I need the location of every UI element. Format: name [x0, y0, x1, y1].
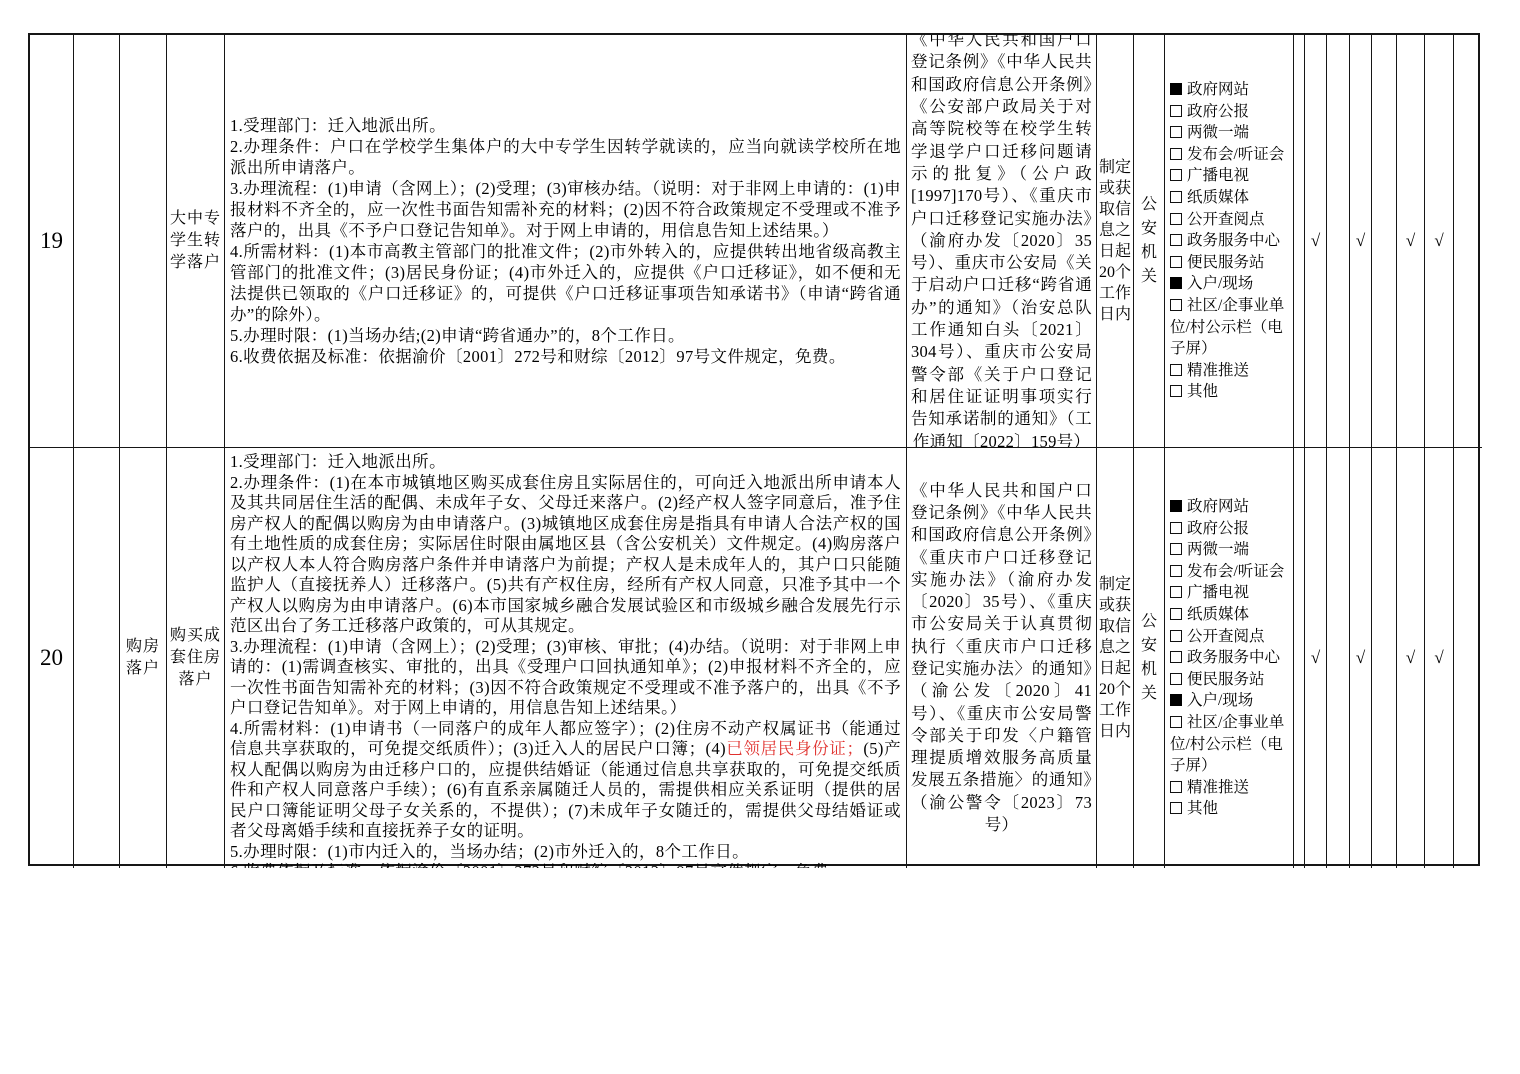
channel-item: 精准推送	[1170, 360, 1293, 382]
channel-item: 政务服务中心	[1170, 647, 1293, 669]
channel-label: 公开查阅点	[1187, 628, 1265, 645]
channel-label: 社区/企事业单位/村公示栏（电子屏）	[1170, 297, 1284, 357]
channel-label: 其他	[1187, 800, 1218, 817]
checkmark: √	[1406, 231, 1415, 251]
channel-label: 政府公报	[1187, 520, 1249, 537]
item-name-cell: 大中专学生转学落户	[167, 35, 225, 448]
checkbox-unchecked-icon	[1170, 630, 1182, 642]
channel-label: 纸质媒体	[1187, 606, 1249, 623]
channel-item: 发布会/听证会	[1170, 561, 1293, 583]
checkmark: √	[1356, 231, 1365, 251]
channel-item: 纸质媒体	[1170, 604, 1293, 626]
channel-label: 便民服务站	[1187, 671, 1265, 688]
content-paragraph: 6.收费依据及标准：依据渝价〔2001〕272号和财综〔2012〕97号文件规定…	[230, 346, 901, 367]
category-sub-label: 购房落户	[120, 636, 166, 680]
row-number-text: 19	[40, 228, 63, 254]
channel-label: 入户/现场	[1187, 692, 1253, 709]
content-paragraph: 2.办理条件：(1)在本市城镇地区购买成套住房且实际居住的，可向迁入地派出所申请…	[230, 473, 901, 637]
channel-label: 两微一端	[1187, 541, 1249, 558]
mark-cell	[1327, 448, 1350, 868]
channel-label: 公开查阅点	[1187, 211, 1265, 228]
row-number: 20	[30, 448, 74, 868]
mark-cell: √	[1397, 448, 1425, 868]
channel-label: 精准推送	[1187, 779, 1249, 796]
item-name-label: 购买成套住房落户	[167, 625, 224, 691]
category-sub-cell	[120, 35, 167, 448]
channel-label: 便民服务站	[1187, 254, 1265, 271]
channel-item: 社区/企事业单位/村公示栏（电子屏）	[1170, 295, 1293, 360]
mark-cell	[1454, 35, 1482, 448]
checkbox-unchecked-icon	[1170, 191, 1182, 203]
mark-cell: √	[1425, 35, 1454, 448]
mark-cell: √	[1425, 448, 1454, 868]
legal-basis-text: 《中华人民共和国户口登记条例》《中华人民共和国政府信息公开条例》《重庆市户口迁移…	[907, 480, 1096, 837]
channel-item: 公开查阅点	[1170, 626, 1293, 648]
channel-item: 广播电视	[1170, 165, 1293, 187]
mark-cell: √	[1305, 35, 1327, 448]
checkbox-unchecked-icon	[1170, 543, 1182, 555]
channel-label: 政府公报	[1187, 103, 1249, 120]
channels-list: 政府网站政府公报两微一端发布会/听证会广播电视纸质媒体公开查阅点政务服务中心便民…	[1165, 496, 1293, 820]
channels-list: 政府网站政府公报两微一端发布会/听证会广播电视纸质媒体公开查阅点政务服务中心便民…	[1165, 79, 1293, 403]
channel-label: 发布会/听证会	[1187, 563, 1284, 580]
checkbox-unchecked-icon	[1170, 385, 1182, 397]
checkbox-unchecked-icon	[1170, 213, 1182, 225]
checkmark: √	[1406, 648, 1415, 668]
channel-item: 政府公报	[1170, 101, 1293, 123]
content-paragraph: 5.办理时限：(1)市内迁入的，当场办结；(2)市外迁入的，8个工作日。	[230, 842, 901, 863]
legal-basis-cell: 《中华人民共和国户口登记条例》《中华人民共和国政府信息公开条例》《公安部户政局关…	[907, 35, 1097, 448]
channel-item: 其他	[1170, 381, 1293, 403]
time-limit-text: 制定或获取信息之日起20个工作日内	[1097, 157, 1133, 325]
channel-item: 政府公报	[1170, 518, 1293, 540]
checkbox-checked-icon	[1170, 83, 1182, 95]
checkbox-checked-icon	[1170, 277, 1182, 289]
content-paragraph: 4.所需材料：(1)申请书（一同落户的成年人都应签字）；(2)住房不动产权属证书…	[230, 719, 901, 842]
checkbox-unchecked-icon	[1170, 299, 1182, 311]
channel-item: 发布会/听证会	[1170, 144, 1293, 166]
content-cell: 1.受理部门：迁入地派出所。 2.办理条件：(1)在本市城镇地区购买成套住房且实…	[225, 448, 907, 868]
channel-label: 社区/企事业单位/村公示栏（电子屏）	[1170, 714, 1284, 774]
channel-label: 政务服务中心	[1187, 649, 1280, 666]
agency-cell: 公安机关	[1134, 448, 1165, 868]
mark-cell: √	[1350, 35, 1372, 448]
checkbox-unchecked-icon	[1170, 364, 1182, 376]
category-group-cell	[74, 35, 120, 448]
channel-label: 广播电视	[1187, 584, 1249, 601]
channel-item: 便民服务站	[1170, 252, 1293, 274]
content-paragraph: 2.办理条件：户口在学校学生集体户的大中专学生因转学就读的，应当向就读学校所在地…	[230, 136, 901, 178]
checkbox-unchecked-icon	[1170, 169, 1182, 181]
content-paragraph: 4.所需材料：(1)本市高教主管部门的批准文件；(2)市外转入的，应提供转出地省…	[230, 241, 901, 325]
channel-item: 其他	[1170, 798, 1293, 820]
channel-label: 政府网站	[1187, 81, 1249, 98]
mark-cell: √	[1350, 448, 1372, 868]
time-limit-text: 制定或获取信息之日起20个工作日内	[1097, 574, 1133, 742]
checkbox-unchecked-icon	[1170, 256, 1182, 268]
mark-cell	[1327, 35, 1350, 448]
mark-cell	[1454, 448, 1482, 868]
category-sub-cell: 购房落户	[120, 448, 167, 868]
checkbox-unchecked-icon	[1170, 565, 1182, 577]
item-name-label: 大中专学生转学落户	[167, 208, 224, 274]
channel-item: 入户/现场	[1170, 273, 1293, 295]
item-name-cell: 购买成套住房落户	[167, 448, 225, 868]
time-limit-cell: 制定或获取信息之日起20个工作日内	[1097, 448, 1134, 868]
channel-item: 两微一端	[1170, 122, 1293, 144]
checkbox-unchecked-icon	[1170, 522, 1182, 534]
checkbox-unchecked-icon	[1170, 126, 1182, 138]
channels-cell: 政府网站政府公报两微一端发布会/听证会广播电视纸质媒体公开查阅点政务服务中心便民…	[1165, 35, 1294, 448]
checkbox-unchecked-icon	[1170, 608, 1182, 620]
mark-cell: √	[1305, 448, 1327, 868]
channels-cell: 政府网站政府公报两微一端发布会/听证会广播电视纸质媒体公开查阅点政务服务中心便民…	[1165, 448, 1294, 868]
content-paragraph: 3.办理流程：(1)申请（含网上）；(2)受理；(3)审核、审批；(4)办结。（…	[230, 637, 901, 719]
channel-item: 政府网站	[1170, 79, 1293, 101]
checkbox-unchecked-icon	[1170, 673, 1182, 685]
channel-item: 广播电视	[1170, 582, 1293, 604]
checkbox-unchecked-icon	[1170, 781, 1182, 793]
agency-cell: 公安机关	[1134, 35, 1165, 448]
channel-label: 入户/现场	[1187, 275, 1253, 292]
agency-text: 公安机关	[1134, 610, 1164, 706]
channel-item: 纸质媒体	[1170, 187, 1293, 209]
channel-label: 政府网站	[1187, 498, 1249, 515]
mark-cell	[1294, 448, 1305, 868]
agency-text: 公安机关	[1134, 193, 1164, 289]
legal-basis-cell: 《中华人民共和国户口登记条例》《中华人民共和国政府信息公开条例》《重庆市户口迁移…	[907, 448, 1097, 868]
checkbox-unchecked-icon	[1170, 105, 1182, 117]
checkbox-unchecked-icon	[1170, 586, 1182, 598]
checkmark: √	[1434, 231, 1443, 251]
category-group-cell: 购房落户	[74, 448, 120, 868]
content-paragraph: 5.办理时限：(1)当场办结;(2)申请“跨省通办”的，8个工作日。	[230, 325, 901, 346]
channel-item: 公开查阅点	[1170, 209, 1293, 231]
row-number: 19	[30, 35, 74, 448]
channel-label: 其他	[1187, 383, 1218, 400]
checkbox-checked-icon	[1170, 694, 1182, 706]
channel-item: 政府网站	[1170, 496, 1293, 518]
channel-label: 发布会/听证会	[1187, 146, 1284, 163]
mark-cell	[1372, 448, 1397, 868]
checkmark: √	[1434, 648, 1443, 668]
checkbox-unchecked-icon	[1170, 651, 1182, 663]
channel-item: 两微一端	[1170, 539, 1293, 561]
mark-cell: √	[1397, 35, 1425, 448]
checkbox-unchecked-icon	[1170, 716, 1182, 728]
time-limit-cell: 制定或获取信息之日起20个工作日内	[1097, 35, 1134, 448]
catalog-table: 19 大中专学生转学落户 1.受理部门：迁入地派出所。 2.办理条件：户口在学校…	[28, 33, 1480, 866]
content-paragraph: 3.办理流程：(1)申请（含网上）；(2)受理；(3)审核办结。（说明：对于非网…	[230, 178, 901, 241]
channel-label: 精准推送	[1187, 362, 1249, 379]
checkbox-unchecked-icon	[1170, 234, 1182, 246]
content-paragraph: 1.受理部门：迁入地派出所。	[230, 452, 901, 473]
mark-cell	[1372, 35, 1397, 448]
channel-item: 入户/现场	[1170, 690, 1293, 712]
checkbox-unchecked-icon	[1170, 148, 1182, 160]
content-text-red-highlight: 已领居民身份证；	[726, 739, 863, 758]
checkmark: √	[1356, 648, 1365, 668]
checkbox-unchecked-icon	[1170, 802, 1182, 814]
checkmark: √	[1311, 231, 1320, 251]
channel-item: 社区/企事业单位/村公示栏（电子屏）	[1170, 712, 1293, 777]
content-paragraph: 6.收费依据及标准：依据渝价〔2001〕272号和财综〔2012〕97号文件规定…	[230, 862, 901, 868]
content-paragraph: 1.受理部门：迁入地派出所。	[230, 115, 901, 136]
channel-label: 两微一端	[1187, 124, 1249, 141]
mark-cell	[1294, 35, 1305, 448]
checkbox-checked-icon	[1170, 500, 1182, 512]
checkmark: √	[1311, 648, 1320, 668]
content-cell: 1.受理部门：迁入地派出所。 2.办理条件：户口在学校学生集体户的大中专学生因转…	[225, 35, 907, 448]
channel-item: 精准推送	[1170, 777, 1293, 799]
channel-label: 纸质媒体	[1187, 189, 1249, 206]
row-number-text: 20	[40, 645, 63, 671]
channel-item: 政务服务中心	[1170, 230, 1293, 252]
document-page: 19 大中专学生转学落户 1.受理部门：迁入地派出所。 2.办理条件：户口在学校…	[0, 0, 1520, 1074]
channel-label: 广播电视	[1187, 167, 1249, 184]
channel-label: 政务服务中心	[1187, 232, 1280, 249]
legal-basis-text: 《中华人民共和国户口登记条例》《中华人民共和国政府信息公开条例》《公安部户政局关…	[907, 35, 1096, 448]
channel-item: 便民服务站	[1170, 669, 1293, 691]
